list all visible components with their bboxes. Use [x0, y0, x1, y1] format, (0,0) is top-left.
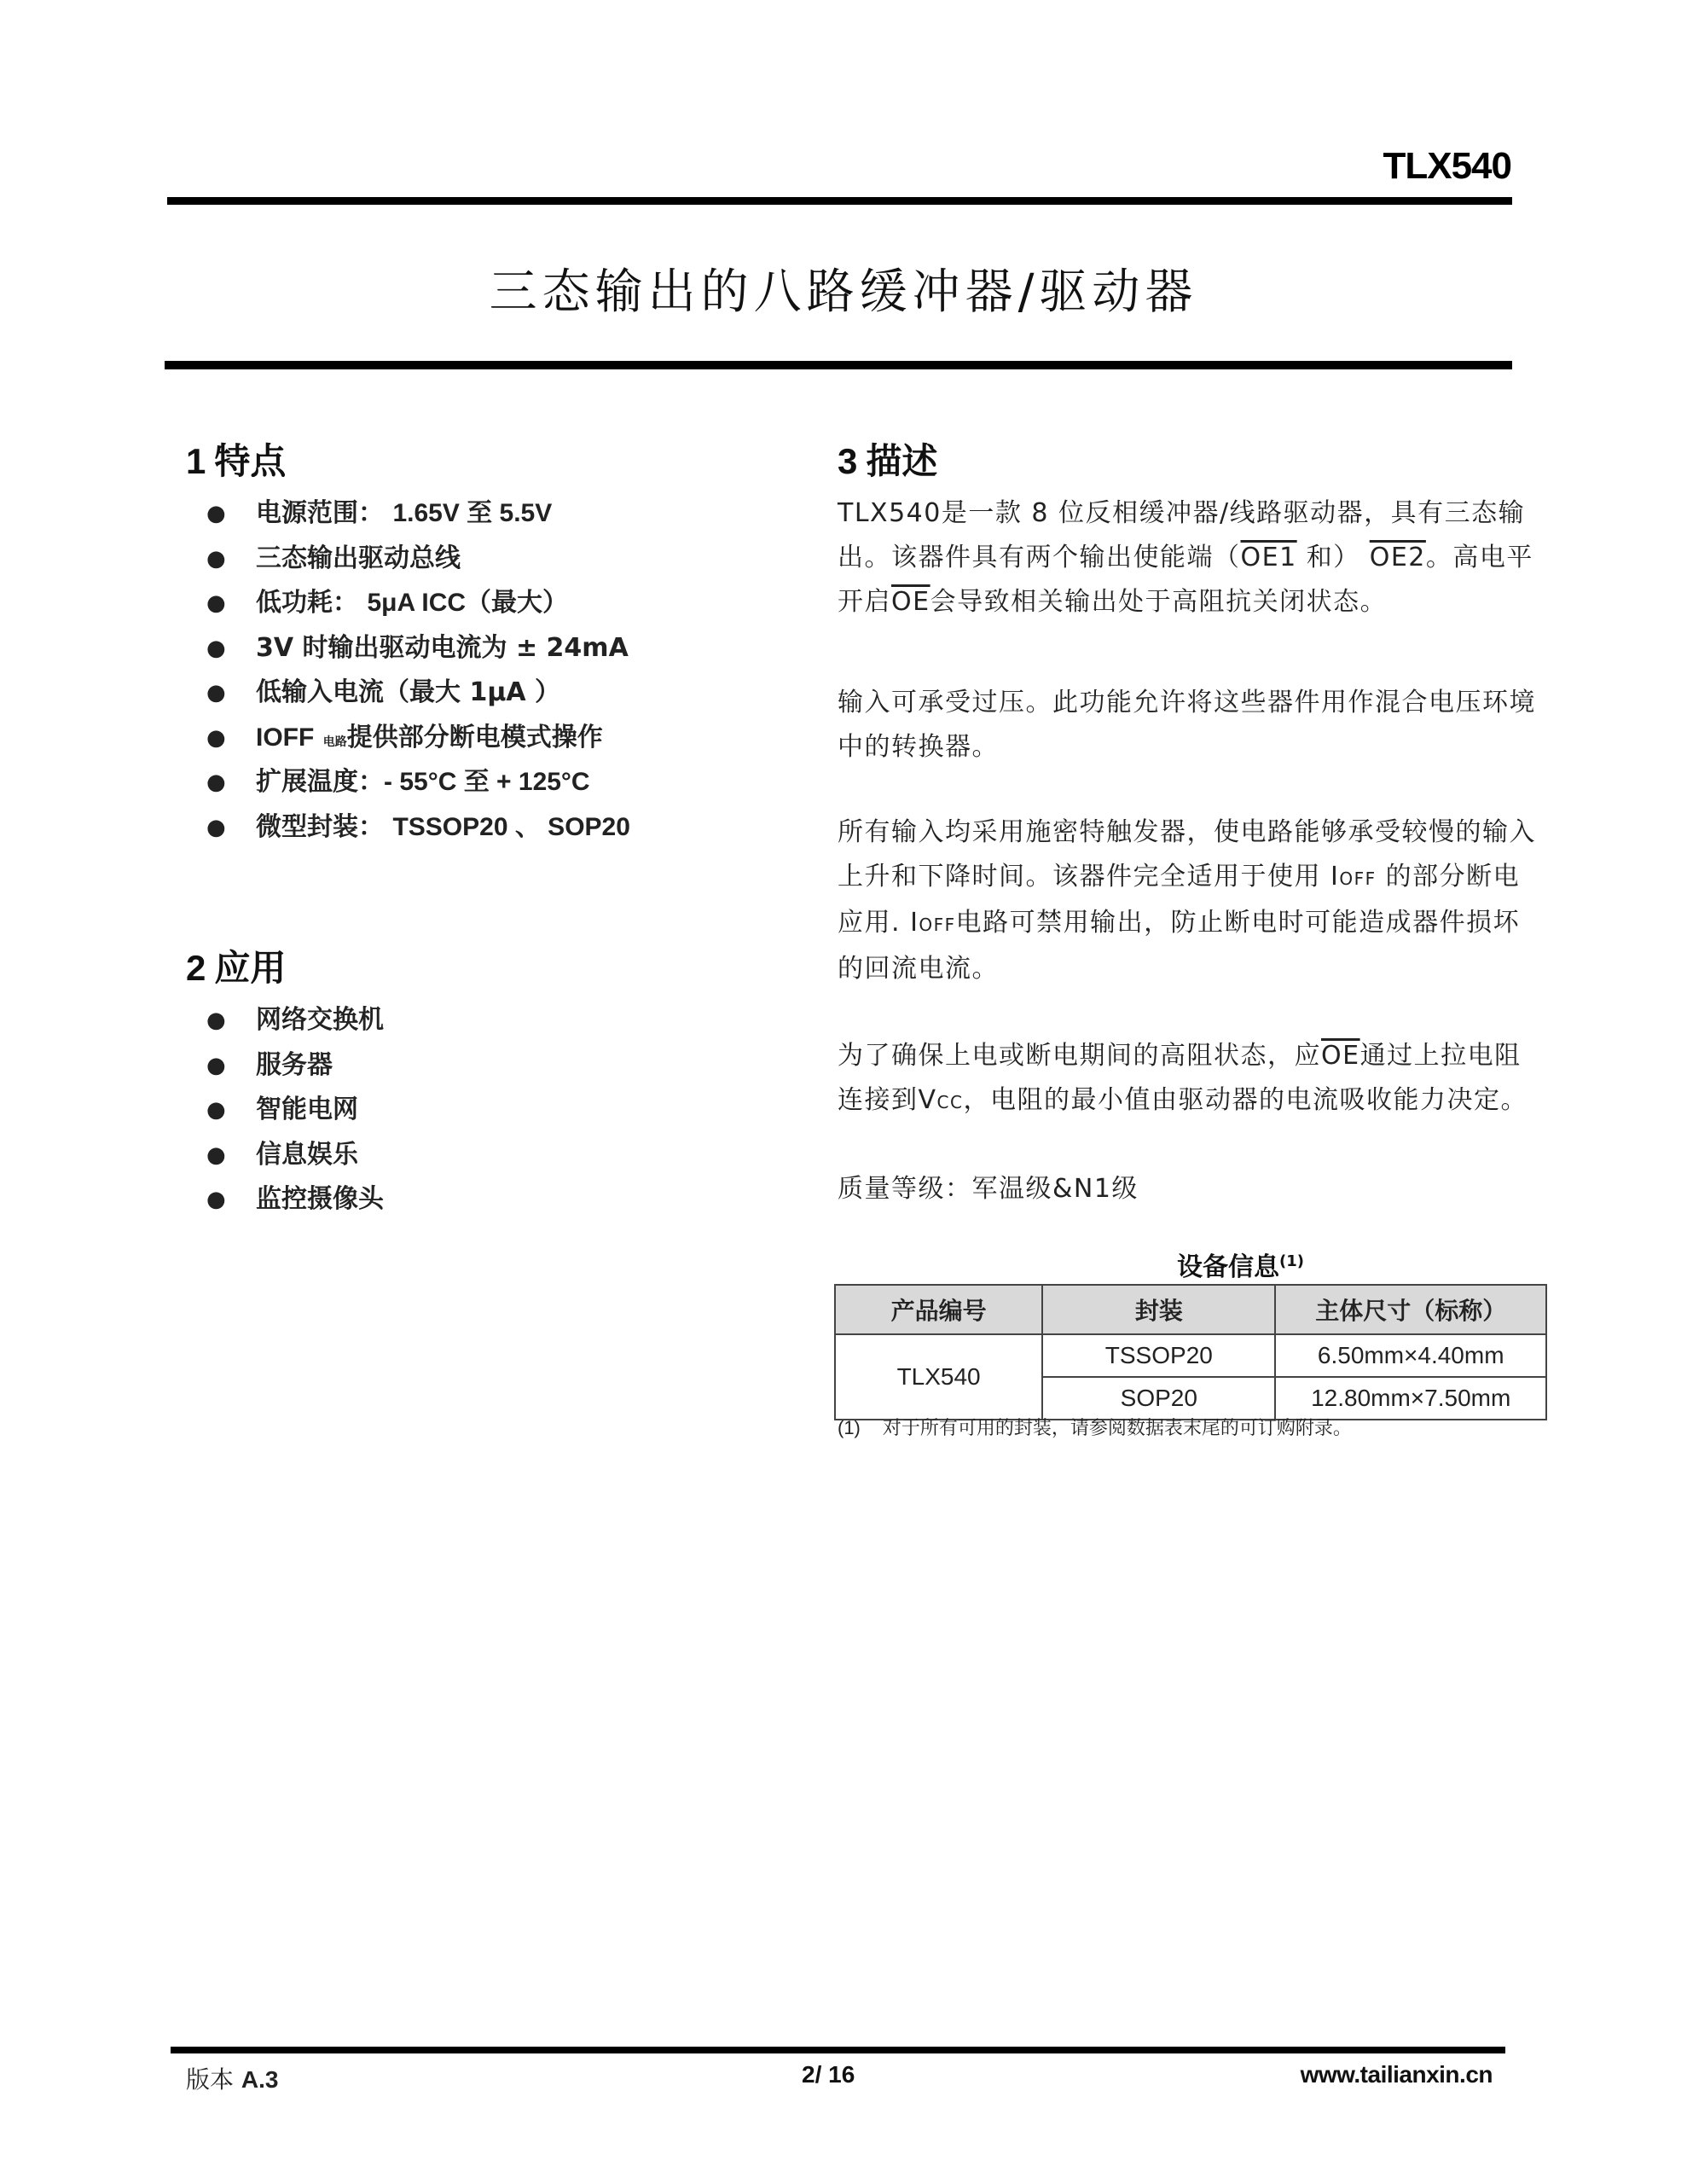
- application-label: 网络交换机: [256, 998, 384, 1043]
- bullet-icon: ●: [206, 1043, 218, 1089]
- application-label: 监控摄像头: [256, 1177, 384, 1223]
- list-item: ●扩展温度：- 55°C 至 + 125°C: [206, 760, 803, 805]
- bullet-icon: ●: [206, 760, 218, 805]
- column-header: 封装: [1042, 1285, 1275, 1334]
- applications-heading: 2应用: [186, 940, 286, 991]
- text-run: 会导致相关输出处于高阻抗关闭状态。: [930, 587, 1388, 617]
- part-number-cell: TLX540: [835, 1334, 1042, 1420]
- subscript: OFF: [1339, 868, 1376, 889]
- header-rule: [167, 197, 1512, 205]
- caption-footnote-ref: (1): [1279, 1252, 1304, 1270]
- bullet-icon: ●: [206, 671, 218, 716]
- package-cell: TSSOP20: [1042, 1334, 1275, 1377]
- footnote-text: 对于所有可用的封装，请参阅数据表末尾的可订购附录。: [883, 1418, 1352, 1439]
- subscript: CC: [937, 1092, 964, 1112]
- table-row: TLX540 TSSOP20 6.50mm×4.40mm: [835, 1334, 1546, 1377]
- column-header: 主体尺寸（标称）: [1275, 1285, 1546, 1334]
- bullet-icon: ●: [206, 805, 218, 851]
- list-item: ●三态输出驱动总线: [206, 537, 803, 582]
- description-heading-number: 3: [838, 441, 857, 481]
- device-info-table: 产品编号 封装 主体尺寸（标称） TLX540 TSSOP20 6.50mm×4…: [834, 1284, 1547, 1420]
- list-item: ●3V 时输出驱动电流为 ± 24mA: [206, 626, 803, 671]
- table-header-row: 产品编号 封装 主体尺寸（标称）: [835, 1285, 1546, 1334]
- features-heading-title: 特点: [214, 440, 286, 482]
- bullet-icon: ●: [206, 1088, 218, 1133]
- footer-rule: [171, 2047, 1505, 2053]
- feature-label: 电源范围：: [256, 498, 384, 528]
- list-item: ●信息娱乐: [206, 1133, 718, 1178]
- text-run: ，电阻的最小值由驱动器的电流吸收能力决定。: [963, 1085, 1528, 1115]
- quality-grade: 质量等级：军温级&N1级: [838, 1167, 1545, 1211]
- oe2-signal: OE2: [1370, 543, 1426, 572]
- table-caption: 设备信息(1): [1177, 1246, 1304, 1283]
- bullet-icon: ●: [206, 581, 218, 626]
- page-number: 2/ 16: [802, 2061, 855, 2088]
- oe-signal: OE: [891, 587, 930, 617]
- feature-value: 5μA ICC（最大）: [367, 589, 568, 617]
- table-footnote: (1)对于所有可用的封装，请参阅数据表末尾的可订购附录。: [838, 1414, 1352, 1440]
- applications-heading-number: 2: [186, 948, 206, 988]
- list-item: ●智能电网: [206, 1088, 718, 1133]
- features-list: ●电源范围： 1.65V 至 5.5V ●三态输出驱动总线 ●低功耗： 5μA …: [206, 491, 803, 850]
- text-run: 质量等级：军温级&N1级: [838, 1167, 1545, 1211]
- title-rule: [165, 361, 1512, 369]
- caption-text: 设备信息: [1177, 1252, 1279, 1282]
- description-paragraph-4: 为了确保上电或断电期间的高阻状态，应OE通过上拉电阻连接到VCC，电阻的最小值由…: [838, 1034, 1545, 1124]
- bullet-icon: ●: [206, 1177, 218, 1223]
- list-item: ●低输入电流（最大 1μA ）: [206, 671, 803, 716]
- version-prefix: 版本: [186, 2065, 234, 2094]
- list-item: ●网络交换机: [206, 998, 718, 1043]
- feature-label: 低输入电流（最大 1μA ）: [256, 677, 560, 707]
- list-item: ●电源范围： 1.65V 至 5.5V: [206, 491, 803, 537]
- feature-label: 微型封装：: [256, 812, 384, 842]
- text-run: 输入可承受过压。此功能允许将这些器件用作混合电压环境中的转换器。: [838, 681, 1545, 770]
- footnote-number: (1): [838, 1417, 861, 1438]
- list-item: ●微型封装： TSSOP20 、 SOP20: [206, 805, 803, 851]
- bullet-icon: ●: [206, 626, 218, 671]
- feature-label: 三态输出驱动总线: [256, 543, 461, 573]
- bullet-icon: ●: [206, 537, 218, 582]
- features-heading-number: 1: [186, 441, 206, 481]
- description-heading: 3描述: [838, 433, 937, 485]
- description-paragraph-1: TLX540是一款 8 位反相缓冲器/线路驱动器，具有三态输出。该器件具有两个输…: [838, 491, 1545, 624]
- feature-label: IOFF: [256, 723, 314, 752]
- application-label: 服务器: [256, 1043, 333, 1089]
- feature-small-label: 电路: [323, 735, 347, 749]
- list-item: ●IOFF 电路提供部分断电模式操作: [206, 716, 803, 761]
- bullet-icon: ●: [206, 1133, 218, 1178]
- feature-label: 扩展温度：: [256, 767, 384, 797]
- version-label: 版本 A.3: [186, 2061, 279, 2095]
- application-label: 信息娱乐: [256, 1133, 358, 1178]
- applications-list: ●网络交换机 ●服务器 ●智能电网 ●信息娱乐 ●监控摄像头: [206, 998, 718, 1223]
- feature-value: TSSOP20 、 SOP20: [392, 813, 629, 841]
- application-label: 智能电网: [256, 1088, 358, 1133]
- oe-signal: OE: [1321, 1041, 1360, 1071]
- text-run: 为了确保上电或断电期间的高阻状态，应: [838, 1041, 1321, 1071]
- feature-value: - 55°C 至 + 125°C: [384, 768, 590, 796]
- description-paragraph-3: 所有输入均采用施密特触发器，使电路能够承受较慢的输入上升和下降时间。该器件完全适…: [838, 810, 1545, 991]
- bullet-icon: ●: [206, 491, 218, 537]
- list-item: ●服务器: [206, 1043, 718, 1089]
- list-item: ●低功耗： 5μA ICC（最大）: [206, 581, 803, 626]
- feature-value: 提供部分断电模式操作: [347, 723, 603, 752]
- bullet-icon: ●: [206, 716, 218, 761]
- feature-label: 3V 时输出驱动电流为 ± 24mA: [256, 633, 629, 663]
- feature-value: 1.65V 至 5.5V: [392, 499, 552, 527]
- version-number: A.3: [241, 2066, 279, 2093]
- part-number-header: TLX540: [1383, 145, 1511, 188]
- document-title: 三态输出的八路缓冲器/驱动器: [0, 254, 1687, 322]
- description-paragraph-2: 输入可承受过压。此功能允许将这些器件用作混合电压环境中的转换器。: [838, 681, 1545, 770]
- text-run: 和）: [1297, 543, 1370, 572]
- list-item: ●监控摄像头: [206, 1177, 718, 1223]
- column-header: 产品编号: [835, 1285, 1042, 1334]
- bullet-icon: ●: [206, 998, 218, 1043]
- feature-label: 低功耗：: [256, 588, 358, 618]
- applications-heading-title: 应用: [214, 947, 286, 989]
- oe1-signal: OE1: [1241, 543, 1297, 572]
- website-link[interactable]: www.tailianxin.cn: [1301, 2061, 1493, 2088]
- subscript: OFF: [919, 915, 955, 935]
- size-cell: 6.50mm×4.40mm: [1275, 1334, 1546, 1377]
- description-heading-title: 描述: [866, 440, 937, 482]
- features-heading: 1特点: [186, 433, 286, 485]
